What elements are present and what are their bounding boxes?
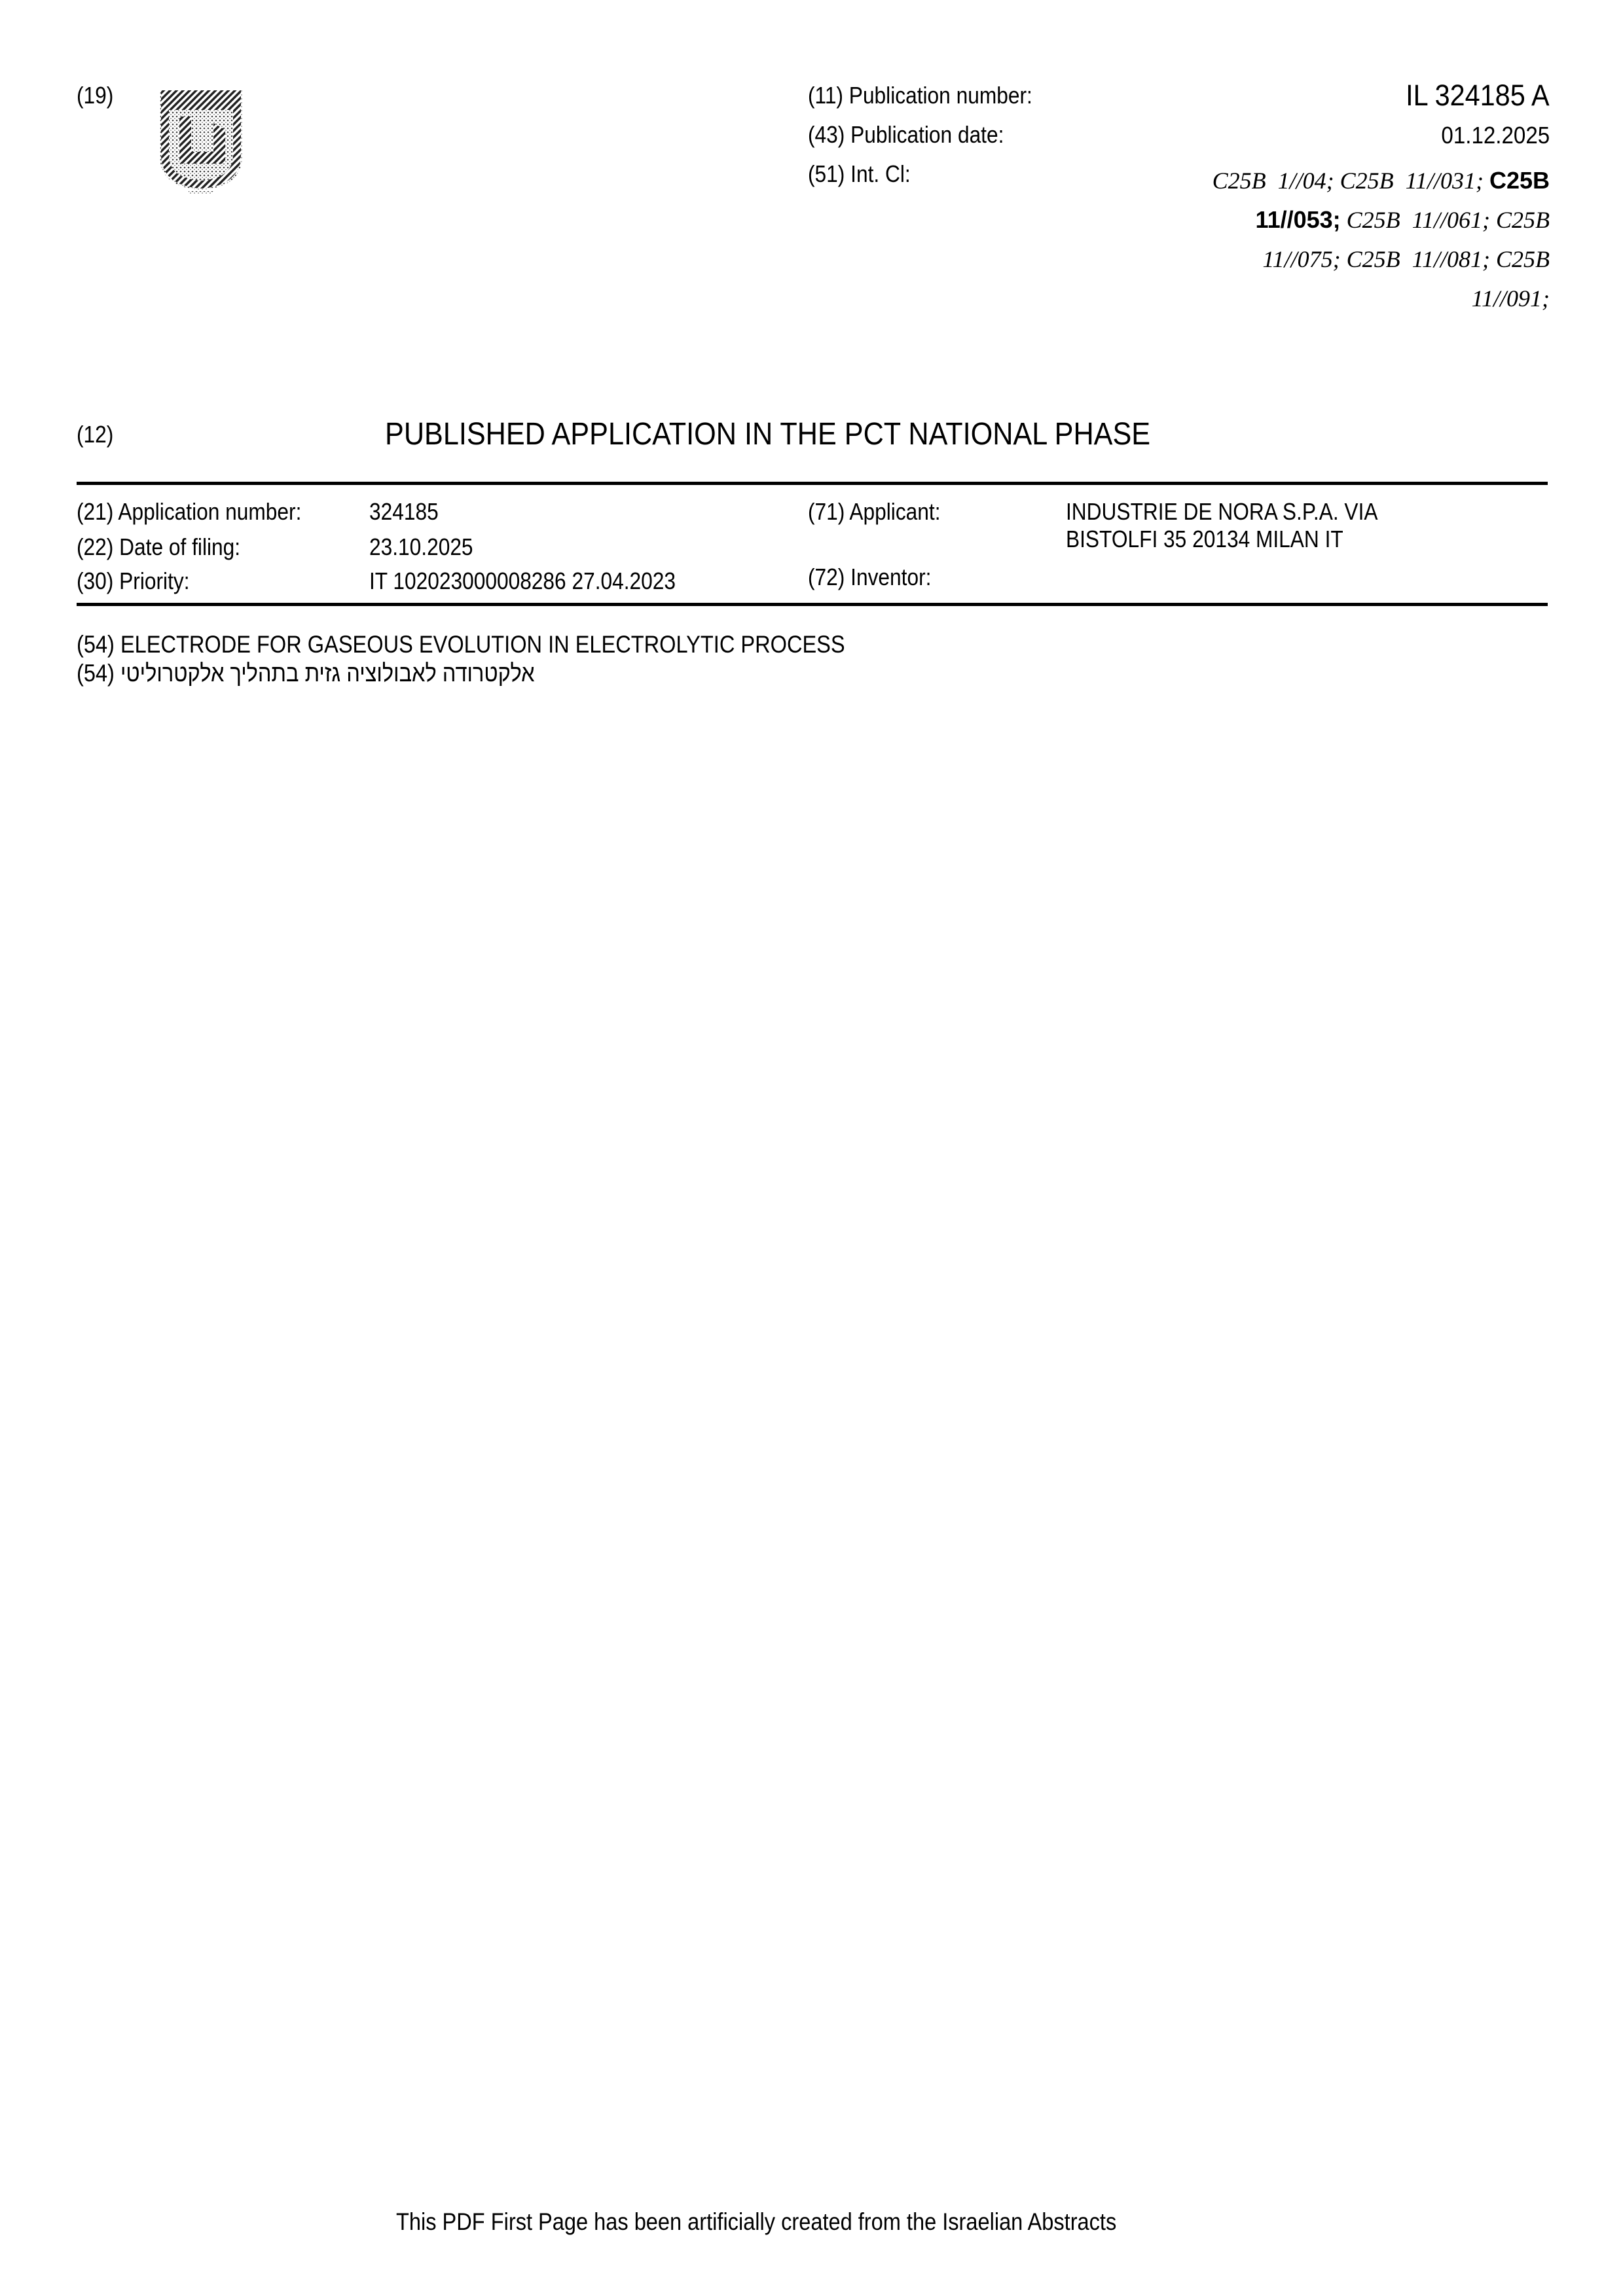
date-of-filing-value: 23.10.2025 [369,535,473,559]
office-code: (19) [77,84,113,107]
footer-note: This PDF First Page has been artificiall… [396,2210,1116,2234]
date-of-filing-code: (22) [77,533,113,560]
applicant-value-line-2: BISTOLFI 35 20134 MILAN IT [1066,528,1343,551]
date-of-filing-label: (22) Date of filing: [77,535,240,559]
bottom-divider [77,603,1548,606]
int-cl-line: 11//075; C25B 11//081; C25B [1157,247,1550,287]
int-cl-class: 11//091; [1472,285,1550,312]
applicant-code: (71) [808,498,845,525]
int-cl-class: 11//075; C25B 11//081; C25B [1262,246,1550,272]
application-number-value: 324185 [369,500,439,524]
title-english-code: (54) [77,631,115,658]
israel-emblem-icon [156,84,246,195]
top-divider [77,482,1548,485]
int-cl-line: 11//091; [1157,287,1550,326]
inventor-code: (72) [808,564,845,590]
date-of-filing-text: Date of filing: [119,533,240,560]
application-number-label: (21) Application number: [77,500,301,524]
applicant-value-line-1: INDUSTRIE DE NORA S.P.A. VIA [1066,500,1378,524]
application-number-code: (21) [77,498,113,525]
inventor-label: (72) Inventor: [808,565,931,589]
int-cl-code: (51) [808,160,845,187]
title-hebrew-text: אלקטרודה לאבולוציה גזית בתהליך אלקטרוליט… [120,660,535,687]
title-hebrew-code: (54) [77,660,115,687]
publication-date-value: 01.12.2025 [1441,122,1550,149]
int-cl-text: Int. Cl: [850,160,911,187]
int-cl-line: C25B 1//04; C25B 11//031; C25B [1157,169,1550,208]
int-cl-primary-class: C25B [1489,167,1550,194]
application-number-text: Application number: [118,498,301,525]
int-cl-line: 11//053; C25B 11//061; C25B [1157,208,1550,247]
priority-label: (30) Priority: [77,569,190,593]
applicant-text: Applicant: [849,498,940,525]
publication-date-text: Publication date: [850,121,1004,148]
int-cl-label: (51) Int. Cl: [808,162,911,186]
int-cl-classifications: C25B 1//04; C25B 11//031; C25B11//053; C… [1157,169,1550,326]
priority-code: (30) [77,567,113,594]
applicant-label: (71) Applicant: [808,500,941,524]
int-cl-class: C25B 11//061; C25B [1341,207,1550,233]
document-kind-code: (12) [77,423,113,446]
publication-number-label: (11) Publication number: [808,84,1032,107]
publication-date-code: (43) [808,121,845,148]
inventor-text: Inventor: [850,564,931,590]
publication-number-code: (11) [808,82,843,109]
publication-number-text: Publication number: [849,82,1032,109]
int-cl-class: C25B 1//04; C25B 11//031; [1213,168,1489,194]
int-cl-primary-class: 11//053; [1256,206,1341,233]
title-english-text: ELECTRODE FOR GASEOUS EVOLUTION IN ELECT… [120,631,845,658]
priority-value: IT 102023000008286 27.04.2023 [369,569,676,593]
publication-number-value: IL 324185 A [1406,79,1550,113]
document-kind-title: PUBLISHED APPLICATION IN THE PCT NATIONA… [385,419,1150,450]
title-english: (54) ELECTRODE FOR GASEOUS EVOLUTION IN … [77,632,845,656]
priority-text: Priority: [119,567,189,594]
title-hebrew: (54) אלקטרודה לאבולוציה גזית בתהליך אלקט… [77,661,535,685]
publication-date-label: (43) Publication date: [808,123,1004,147]
